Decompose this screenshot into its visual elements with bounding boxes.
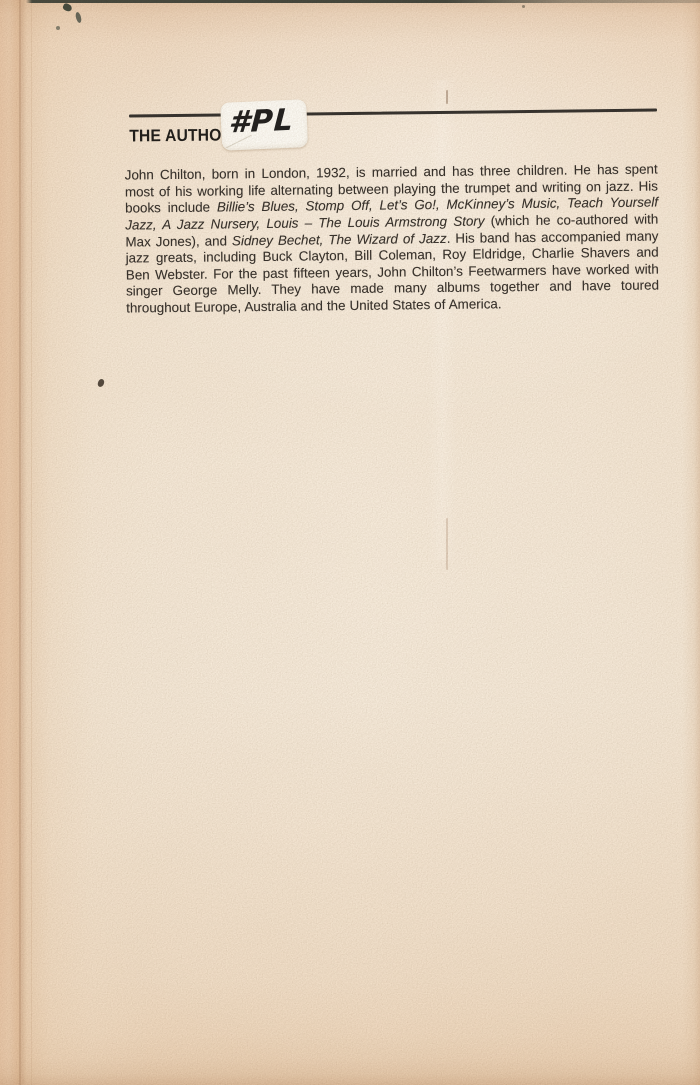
- paper-crease-mark: [446, 518, 448, 570]
- page-content: THE AUTHOR #PL John Chilton, born in Lon…: [0, 0, 700, 424]
- page-title: THE AUTHOR: [129, 125, 233, 146]
- author-bio-run: Sidney Bechet, The Wizard of Jazz: [232, 230, 447, 247]
- bottom-edge-shading: [0, 1035, 700, 1085]
- section-rule: [129, 109, 657, 118]
- author-bio: John Chilton, born in London, 1932, is m…: [125, 162, 660, 317]
- label-sticker: #PL: [220, 99, 308, 151]
- scanned-book-page: THE AUTHOR #PL John Chilton, born in Lon…: [0, 0, 700, 1085]
- sticker-handwritten-text: #PL: [228, 103, 295, 141]
